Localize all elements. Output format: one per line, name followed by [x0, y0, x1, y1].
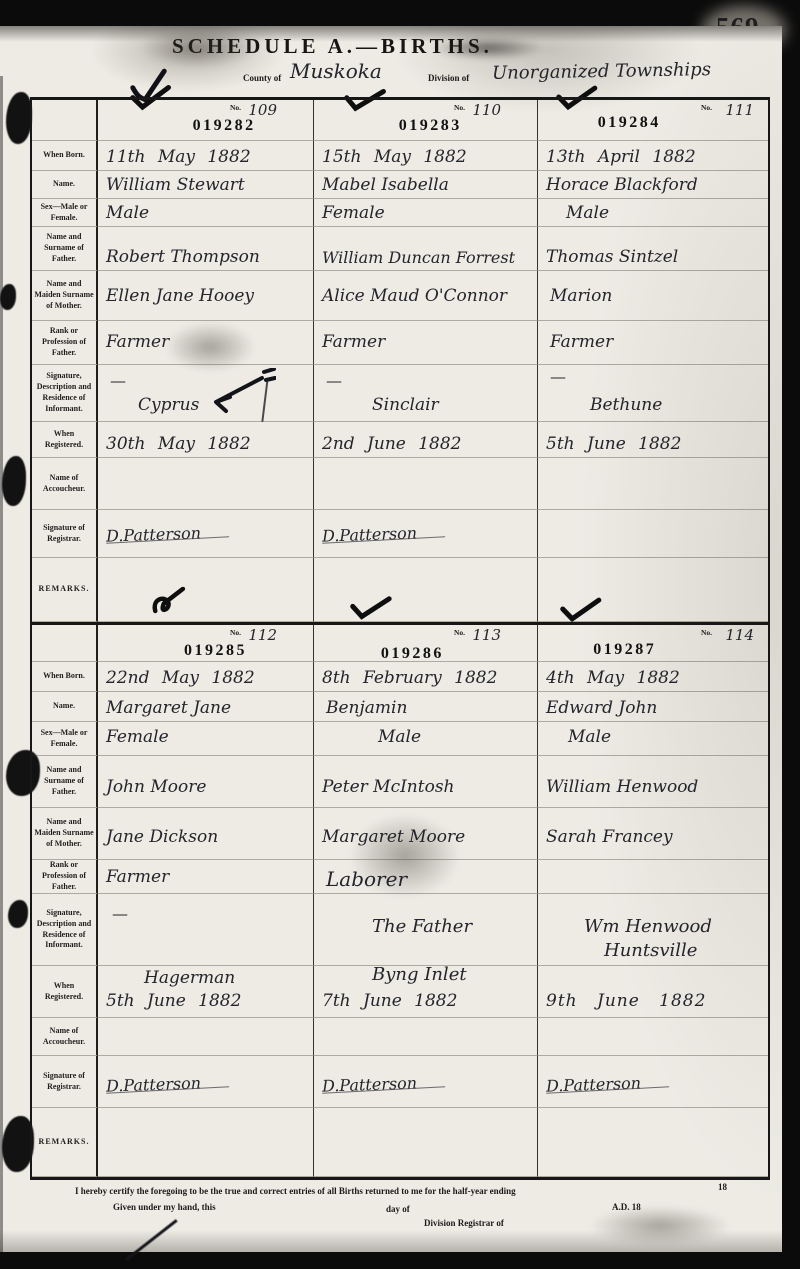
record-number: 113 [472, 626, 501, 644]
certification-text: I hereby certify the foregoing to be the… [75, 1186, 516, 1196]
cell: 4th May 1882 [538, 662, 768, 692]
cell [98, 458, 314, 510]
entry-rank: Laborer [326, 867, 407, 891]
cell: — [98, 894, 314, 966]
registration-stamp-number: 019286 [381, 645, 444, 663]
cell: D.Patterson [314, 510, 538, 558]
entry-informant-residence: Hagerman [144, 968, 235, 988]
entry-mother-name: Jane Dickson [106, 827, 218, 847]
cell: Farmer [314, 321, 538, 365]
cell: Laborer [314, 860, 538, 894]
county-label: County of [243, 73, 281, 83]
entry-registrar-signature: D.Patterson [322, 523, 418, 545]
cell [314, 1018, 538, 1056]
day-of-text: day of [386, 1204, 410, 1214]
division-value: Unorganized Townships [492, 59, 711, 84]
division-registrar-text: Division Registrar of [424, 1218, 504, 1228]
no-label: No. [454, 628, 465, 637]
births-table-block-1: No. 109 019282 No. 110 019283 No. 111 01… [30, 97, 770, 622]
record-number: 114 [725, 626, 754, 644]
no-label: No. [454, 103, 465, 112]
row-label-name: Name. [32, 171, 98, 199]
cell: Robert Thompson [98, 227, 314, 271]
entry-mother-name: Margaret Moore [322, 827, 465, 847]
entry-informant-residence: Sinclair [372, 395, 439, 415]
cell: Female [98, 722, 314, 756]
entry-informant-residence: Bethune [590, 395, 662, 415]
entry-when-born: 11th May 1882 [106, 147, 251, 167]
cell: William Duncan Forrest [314, 227, 538, 271]
cell: 5th June 1882 [538, 422, 768, 458]
row-label-when-registered: When Registered. [32, 966, 98, 1018]
cell: D.Patterson [314, 1056, 538, 1108]
cell: — Cyprus [98, 365, 314, 422]
cell: Male [538, 199, 768, 227]
ink-bleed-stamp [432, 36, 544, 60]
row-label-name: Name. [32, 692, 98, 722]
cell: Alice Maud O'Connor [314, 271, 538, 321]
entry-father-name: John Moore [106, 777, 206, 797]
registration-stamp-number: 019284 [598, 114, 661, 132]
cell: 9th June 1882 [538, 966, 768, 1018]
entry-when-born: 8th February 1882 [322, 668, 497, 688]
cell: Ellen Jane Hooey [98, 271, 314, 321]
entry-mother-name: Ellen Jane Hooey [106, 286, 254, 306]
cell: — Bethune [538, 365, 768, 422]
row-label-father: Name and Surname of Father. [32, 756, 98, 808]
entry-informant: The Father [372, 916, 472, 937]
entry-informant-residence: Byng Inlet [372, 964, 467, 985]
entry-rank: Farmer [322, 332, 385, 352]
entry-sex: Male [566, 203, 609, 223]
record-header: No. 113 019286 [314, 625, 538, 662]
cell [98, 558, 314, 622]
cell: 11th May 1882 [98, 141, 314, 171]
entry-name: Margaret Jane [106, 698, 231, 718]
entry-when-registered: 5th June 1882 [546, 434, 681, 454]
entry-when-registered: 5th June 1882 [106, 991, 241, 1011]
ink-blot [6, 92, 32, 144]
entry-sex: Male [378, 727, 421, 747]
cell: Wm Henwood Huntsville [538, 894, 768, 966]
entry-father-name: William Duncan Forrest [322, 248, 515, 267]
ad-year-text: A.D. 18 [612, 1202, 641, 1212]
cell [538, 510, 768, 558]
row-label-rank: Rank or Profession of Father. [32, 321, 98, 365]
cell: D.Patterson [98, 510, 314, 558]
row-label-remarks: REMARKS. [32, 558, 98, 622]
cell: Farmer [538, 321, 768, 365]
no-label: No. [701, 628, 712, 637]
record-header: No. 109 019282 [98, 100, 314, 141]
cell: Horace Blackford [538, 171, 768, 199]
given-under-hand-text: Given under my hand, this [113, 1202, 216, 1212]
entry-name: Horace Blackford [546, 175, 698, 195]
record-number: 112 [248, 626, 277, 644]
cell: Female [314, 199, 538, 227]
entry-mother-name: Marion [550, 286, 612, 306]
cell: Thomas Sintzel [538, 227, 768, 271]
cell: 2nd June 1882 [314, 422, 538, 458]
corner-cell [32, 100, 98, 141]
row-label-when-born: When Born. [32, 141, 98, 171]
row-label-remarks: REMARKS. [32, 1108, 98, 1177]
row-label-when-born: When Born. [32, 662, 98, 692]
footer-corner-number: 18 [718, 1182, 727, 1192]
registration-stamp-number: 019282 [193, 117, 256, 135]
entry-rank: Farmer [106, 332, 169, 352]
row-label-mother: Name and Maiden Surname of Mother. [32, 271, 98, 321]
cell: 30th May 1882 [98, 422, 314, 458]
entry-father-name: Robert Thompson [106, 247, 260, 267]
entry-registrar-signature: D.Patterson [106, 523, 202, 545]
entry-registrar-signature: D.Patterson [546, 1073, 642, 1095]
no-label: No. [230, 628, 241, 637]
cell [98, 1018, 314, 1056]
record-number: 110 [472, 101, 501, 119]
entry-when-registered: 7th June 1882 [322, 991, 457, 1011]
entry-informant: Wm Henwood [584, 916, 712, 937]
cell [538, 458, 768, 510]
cell: Farmer [98, 321, 314, 365]
entry-rank: Farmer [550, 332, 613, 352]
row-label-sex: Sex—Male or Female. [32, 199, 98, 227]
cell [538, 1108, 768, 1177]
cell: D.Patterson [98, 1056, 314, 1108]
entry-when-born: 15th May 1882 [322, 147, 467, 167]
entry-when-registered: 30th May 1882 [106, 434, 251, 454]
entry-when-registered: 9th June 1882 [546, 991, 706, 1011]
registration-stamp-number: 019283 [399, 117, 462, 135]
cell [538, 860, 768, 894]
pen-stroke-mark [125, 1219, 177, 1261]
entry-father-name: William Henwood [546, 777, 698, 797]
entry-mother-name: Sarah Francey [546, 827, 673, 847]
scanned-birth-register-page: 569 SCHEDULE A.—BIRTHS. County of Muskok… [0, 0, 800, 1269]
cell: 22nd May 1882 [98, 662, 314, 692]
entry-informant-residence: Cyprus [138, 395, 199, 415]
record-header: No. 112 019285 [98, 625, 314, 662]
document-paper: SCHEDULE A.—BIRTHS. County of Muskoka Di… [0, 26, 782, 1252]
entry-sex: Female [106, 727, 169, 747]
record-header: No. 111 019284 [538, 100, 768, 141]
entry-name: Edward John [546, 698, 657, 718]
no-label: No. [230, 103, 241, 112]
row-label-registrar: Signature of Registrar. [32, 510, 98, 558]
entry-informant: — [550, 367, 566, 386]
cell: Hagerman 5th June 1882 [98, 966, 314, 1018]
cell: Jane Dickson [98, 808, 314, 860]
row-label-accoucheur: Name of Accoucheur. [32, 458, 98, 510]
row-label-mother: Name and Maiden Surname of Mother. [32, 808, 98, 860]
row-label-sex: Sex—Male or Female. [32, 722, 98, 756]
cell: Byng Inlet 7th June 1882 [314, 966, 538, 1018]
cell: Marion [538, 271, 768, 321]
entry-when-born: 22nd May 1882 [106, 668, 255, 688]
cell: Male [314, 722, 538, 756]
registration-stamp-number: 019285 [184, 642, 247, 660]
entry-informant: — [326, 371, 342, 390]
cell: The Father [314, 894, 538, 966]
paper-smudge [140, 28, 260, 68]
entry-informant: — [112, 904, 128, 923]
entry-informant: — [110, 371, 126, 390]
row-label-registrar: Signature of Registrar. [32, 1056, 98, 1108]
entry-mother-name: Alice Maud O'Connor [322, 286, 507, 306]
row-label-informant: Signature, Description and Residence of … [32, 365, 98, 422]
row-label-when-registered: When Registered. [32, 422, 98, 458]
ink-blot [0, 284, 16, 310]
entry-registrar-signature: D.Patterson [106, 1073, 202, 1095]
record-number: 111 [725, 101, 754, 119]
entry-informant-residence: Huntsville [604, 940, 697, 961]
cell: William Henwood [538, 756, 768, 808]
cell: Margaret Moore [314, 808, 538, 860]
row-label-father: Name and Surname of Father. [32, 227, 98, 271]
entry-when-born: 13th April 1882 [546, 147, 696, 167]
entry-when-born: 4th May 1882 [546, 668, 680, 688]
entry-father-name: Peter McIntosh [322, 777, 455, 797]
entry-name: William Stewart [106, 175, 245, 195]
cell: — Sinclair [314, 365, 538, 422]
entry-registrar-signature: D.Patterson [322, 1073, 418, 1095]
entry-rank: Farmer [106, 867, 169, 887]
cell [98, 1108, 314, 1177]
ink-blot [8, 900, 28, 928]
entry-name: Mabel Isabella [322, 175, 449, 195]
cell [314, 1108, 538, 1177]
cell: Farmer [98, 860, 314, 894]
ink-blot [2, 456, 26, 506]
births-table-block-2: No. 112 019285 No. 113 019286 No. 114 01… [30, 622, 770, 1180]
entry-sex: Male [568, 727, 611, 747]
entry-sex: Male [106, 203, 149, 223]
cell: D.Patterson [538, 1056, 768, 1108]
entry-father-name: Thomas Sintzel [546, 247, 678, 267]
entry-name: Benjamin [326, 698, 407, 718]
row-label-informant: Signature, Description and Residence of … [32, 894, 98, 966]
cell: 13th April 1882 [538, 141, 768, 171]
cell: 15th May 1882 [314, 141, 538, 171]
cell: Mabel Isabella [314, 171, 538, 199]
entry-when-registered: 2nd June 1882 [322, 434, 462, 454]
cell: Male [538, 722, 768, 756]
registration-stamp-number: 019287 [593, 641, 656, 659]
cell: Male [98, 199, 314, 227]
row-label-rank: Rank or Profession of Father. [32, 860, 98, 894]
cell [314, 458, 538, 510]
paper-smudge [590, 1206, 730, 1246]
no-label: No. [701, 103, 712, 112]
cell: John Moore [98, 756, 314, 808]
cell: Peter McIntosh [314, 756, 538, 808]
cell: Edward John [538, 692, 768, 722]
record-header: No. 110 019283 [314, 100, 538, 141]
corner-cell [32, 625, 98, 662]
cell [538, 558, 768, 622]
cell [314, 558, 538, 622]
cell: William Stewart [98, 171, 314, 199]
cell: Benjamin [314, 692, 538, 722]
division-label: Division of [428, 73, 469, 83]
cell: Margaret Jane [98, 692, 314, 722]
record-header: No. 114 019287 [538, 625, 768, 662]
county-value: Muskoka [290, 59, 382, 83]
cell [538, 1018, 768, 1056]
entry-sex: Female [322, 203, 385, 223]
cell: Sarah Francey [538, 808, 768, 860]
row-label-accoucheur: Name of Accoucheur. [32, 1018, 98, 1056]
cell: 8th February 1882 [314, 662, 538, 692]
